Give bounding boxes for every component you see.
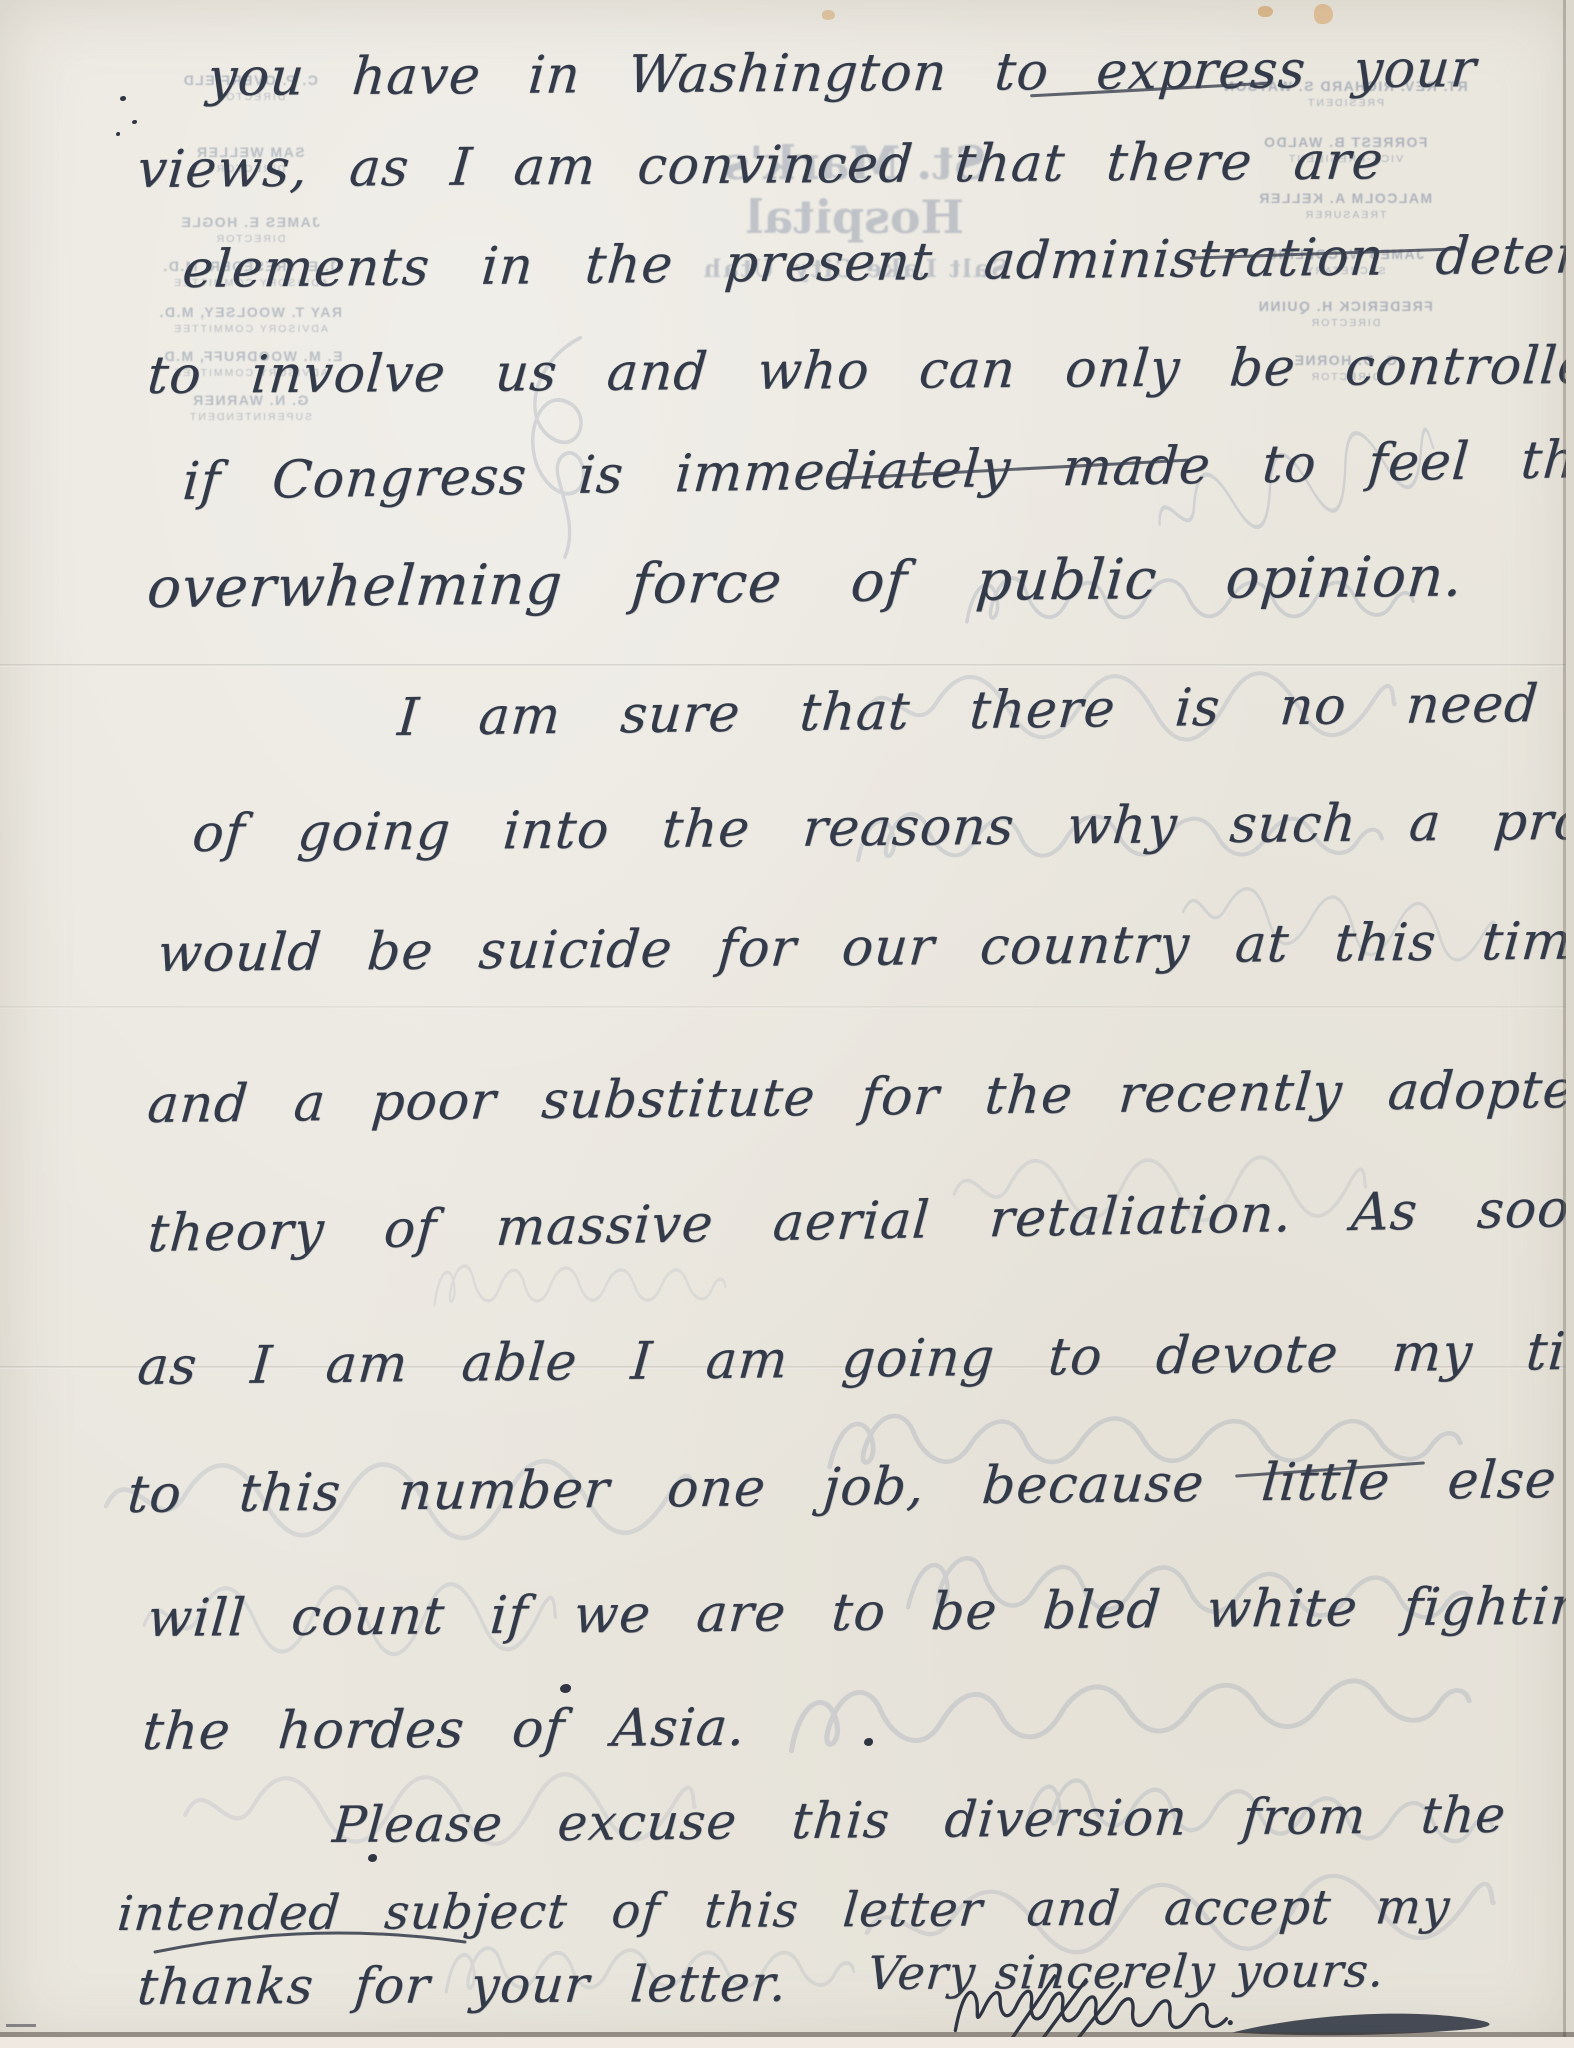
fold-crease bbox=[0, 664, 1574, 667]
handwritten-line: thanks for your letter. bbox=[135, 1955, 789, 2016]
ghost-handwriting-stroke bbox=[430, 1250, 730, 1330]
ghost-officer: RAY T. WOOLSEY, M.D.ADVISORY COMMITTEE bbox=[110, 304, 390, 335]
handwritten-line: you have in Washington to express your bbox=[205, 39, 1479, 108]
ghost-officer: FREDERICK H. QUINNDIRECTOR bbox=[1205, 298, 1485, 329]
handwritten-line: will count if we are to be bled white fi… bbox=[145, 1576, 1574, 1649]
handwritten-line: overwhelming force of public opinion. bbox=[145, 545, 1466, 622]
handwritten-line: of going into the reasons why such a pro… bbox=[190, 791, 1574, 864]
letter-page: St. Mark's Hospital Salt Lake City, Utah… bbox=[0, 0, 1574, 2048]
ink-speck bbox=[116, 132, 120, 136]
handwritten-line: and a poor substitute for the recently a… bbox=[145, 1060, 1574, 1135]
rust-stain bbox=[1314, 4, 1333, 24]
handwritten-line: to involve us and who can only be contro… bbox=[145, 336, 1574, 406]
pen-dash-mark bbox=[6, 2024, 36, 2027]
ink-blot bbox=[560, 1684, 571, 1693]
handwritten-line: Please excuse this diversion from the bbox=[330, 1786, 1508, 1854]
scan-margin bbox=[1566, 0, 1574, 2048]
rust-stain bbox=[822, 10, 835, 20]
fold-crease bbox=[0, 1006, 1574, 1009]
ink-speck bbox=[132, 120, 137, 124]
handwritten-line: theory of massive aerial retaliation. As… bbox=[146, 1179, 1574, 1265]
rust-stain bbox=[1258, 6, 1273, 17]
ghost-officer: MALCOLM A. KELLERTREASURER bbox=[1205, 190, 1485, 221]
handwritten-line: would be suicide for our country at this… bbox=[155, 911, 1574, 984]
handwritten-line: views, as I am convinced that there are bbox=[135, 131, 1386, 200]
ink-blot bbox=[368, 1854, 377, 1862]
ink-blot bbox=[864, 1738, 873, 1746]
scan-margin-bottom bbox=[0, 2037, 1574, 2048]
pen-flourish bbox=[150, 1928, 470, 1958]
handwritten-line: as I am able I am going to devote my tim… bbox=[135, 1321, 1574, 1397]
handwritten-line: the hordes of Asia. bbox=[140, 1698, 748, 1762]
ink-speck bbox=[120, 96, 126, 101]
